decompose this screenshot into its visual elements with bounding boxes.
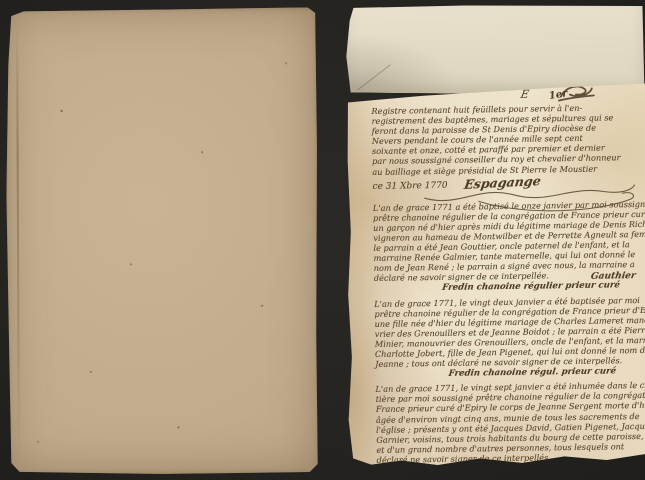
cover-fold-line xyxy=(16,23,20,461)
register-title-paragraph: Registre contenant huit feüillets pour s… xyxy=(371,102,640,177)
manuscript-text: Registre contenant huit feüillets pour s… xyxy=(371,102,645,480)
baptism-entry-1: L'an de grace 1771 a été baptisé le onze… xyxy=(373,199,642,284)
officiant-signature: Fredin chanoine régulier prieur curé xyxy=(373,280,642,294)
header-initial: E xyxy=(520,88,530,101)
underpage-crease-line xyxy=(357,64,391,90)
manuscript-page: E 1er Registre contenant huit feüillets … xyxy=(345,81,645,475)
officiant-signature: Crespin chanoine régul. prieur curé xyxy=(376,462,645,476)
scanned-register-spread: E 1er Registre contenant huit feüillets … xyxy=(0,0,645,480)
registrar-signature: Espagange xyxy=(463,176,541,190)
date-and-signature-line: ce 31 Xbre 1770 Espagange xyxy=(372,176,640,197)
baptism-entry-2: L'an de grace 1771, le vingt deux janvie… xyxy=(374,294,643,369)
burial-entry-3: L'an de grace 1771, le vingt sept janvie… xyxy=(375,380,644,465)
date-text: ce 31 Xbre 1770 xyxy=(372,180,447,191)
left-cover-page xyxy=(5,7,319,474)
underlying-blank-page xyxy=(344,2,645,95)
